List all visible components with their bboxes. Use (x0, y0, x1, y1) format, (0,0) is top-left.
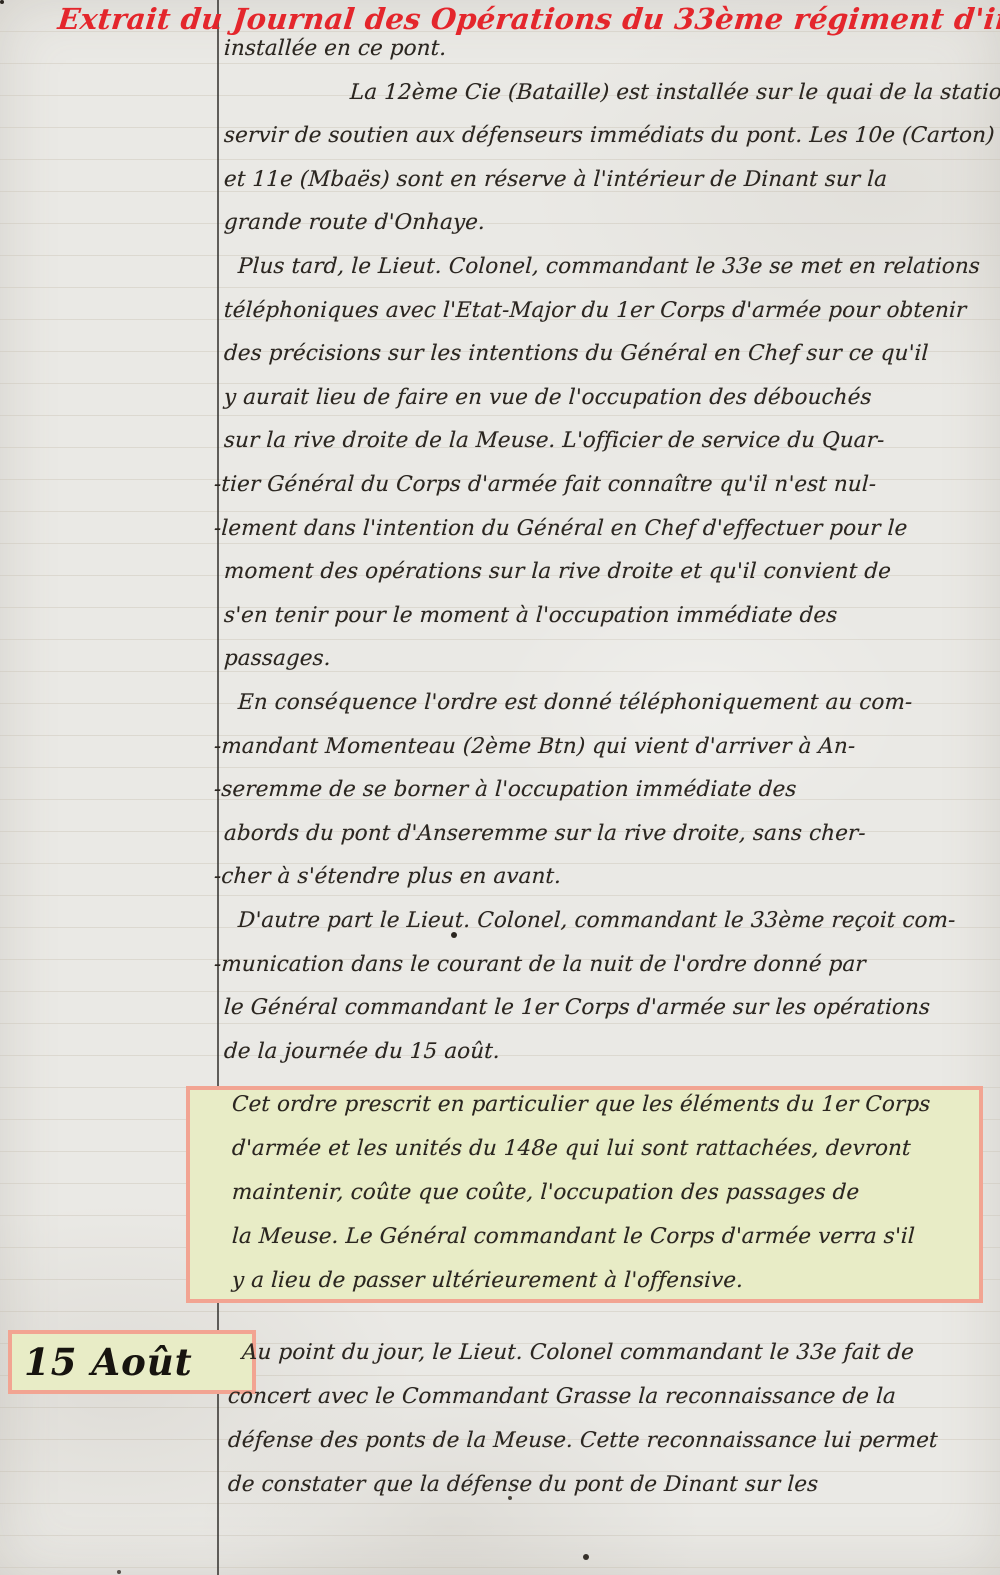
margin-date-box: 15 Août (8, 1330, 256, 1394)
handwritten-line: servir de soutien aux défenseurs immédia… (223, 123, 995, 148)
handwritten-line: moment des opérations sur la rive droite… (223, 559, 891, 584)
handwritten-line: téléphoniques avec l'Etat-Major du 1er C… (223, 298, 967, 323)
handwritten-line: Plus tard, le Lieut. Colonel, commandant… (237, 254, 980, 279)
page-title: Extrait du Journal des Opérations du 33è… (56, 2, 1000, 36)
handwritten-line: sur la rive droite de la Meuse. L'offici… (223, 428, 885, 453)
handwritten-line: -lement dans l'intention du Général en C… (213, 516, 908, 541)
handwritten-line: installée en ce pont. (223, 36, 447, 61)
journal-page: Extrait du Journal des Opérations du 33è… (0, 0, 1000, 1575)
handwritten-line: -seremme de se borner à l'occupation imm… (213, 777, 797, 802)
handwritten-line: s'en tenir pour le moment à l'occupation… (223, 603, 838, 628)
handwritten-line: de la journée du 15 août. (223, 1039, 500, 1064)
margin-date: 15 Août (12, 1340, 193, 1384)
handwritten-line: -cher à s'étendre plus en avant. (213, 864, 561, 889)
highlight-box (186, 1086, 983, 1303)
handwritten-line: et 11e (Mbaës) sont en réserve à l'intér… (223, 167, 887, 192)
handwritten-line: D'autre part le Lieut. Colonel, commanda… (237, 908, 956, 933)
handwritten-line: La 12ème Cie (Bataille) est installée su… (349, 80, 1000, 105)
handwritten-line: de constater que la défense du pont de D… (227, 1472, 819, 1497)
scan-specks (0, 0, 4, 4)
handwritten-line: -munication dans le courant de la nuit d… (213, 952, 866, 977)
handwritten-line: grande route d'Onhaye. (223, 210, 485, 235)
handwritten-line: passages. (223, 646, 331, 671)
handwritten-line: défense des ponts de la Meuse. Cette rec… (227, 1428, 938, 1453)
handwritten-line: le Général commandant le 1er Corps d'arm… (223, 995, 930, 1020)
handwritten-line: concert avec le Commandant Grasse la rec… (227, 1384, 896, 1409)
handwritten-line: -mandant Momenteau (2ème Btn) qui vient … (213, 734, 856, 759)
handwritten-line: abords du pont d'Anseremme sur la rive d… (223, 821, 866, 846)
handwritten-line: des précisions sur les intentions du Gén… (223, 341, 929, 366)
handwritten-line: Au point du jour, le Lieut. Colonel comm… (241, 1340, 914, 1365)
handwritten-line: y aurait lieu de faire en vue de l'occup… (223, 385, 872, 410)
handwritten-line: -tier Général du Corps d'armée fait conn… (213, 472, 876, 497)
handwritten-line: En conséquence l'ordre est donné télépho… (237, 690, 913, 715)
